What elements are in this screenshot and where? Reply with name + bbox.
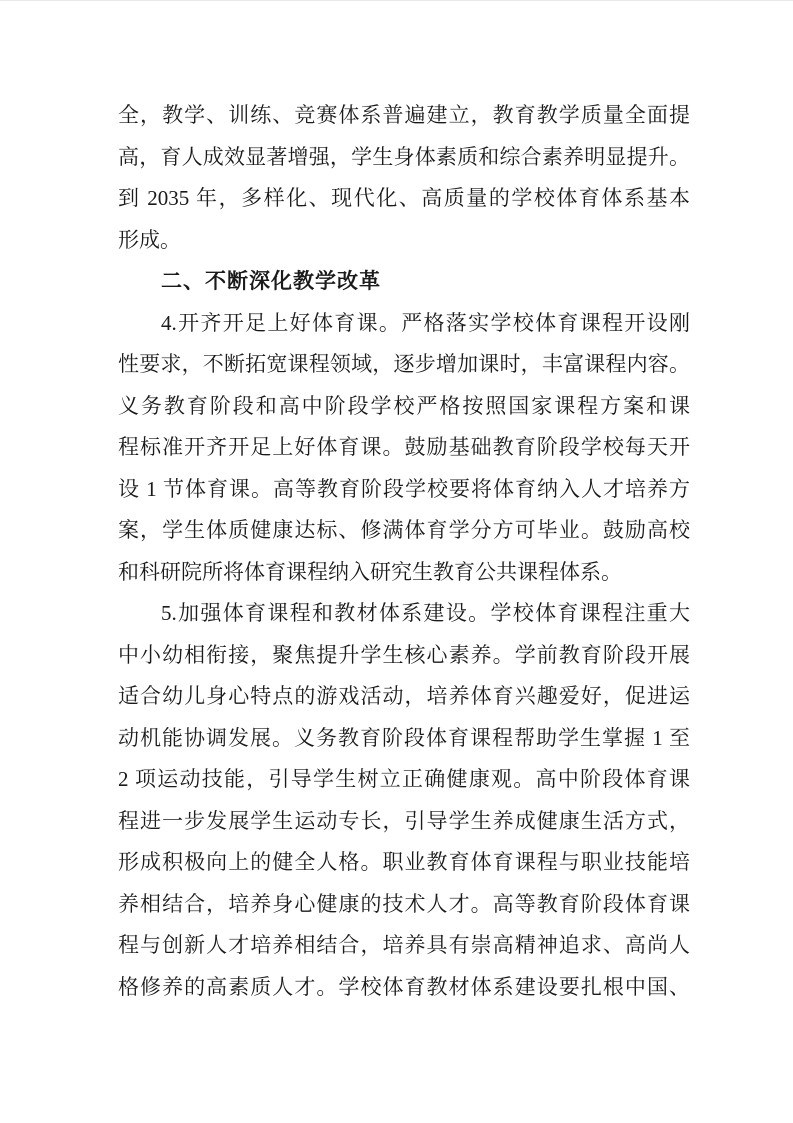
text-line: 全，教学、训练、竞赛体系普遍建立，教育教学质量全面提 <box>118 95 690 137</box>
text-line: 4.开齐开足上好体育课。严格落实学校体育课程开设刚 <box>118 303 690 345</box>
section-heading: 二、不断深化教学改革 <box>118 261 690 303</box>
text-line: 养相结合，培养身心健康的技术人才。高等教育阶段体育课 <box>118 884 690 926</box>
text-line: 形成。 <box>118 220 690 262</box>
document-body: 全，教学、训练、竞赛体系普遍建立，教育教学质量全面提高，育人成效显著增强，学生身… <box>118 95 690 1008</box>
text-line: 中小幼相衔接，聚焦提升学生核心素养。学前教育阶段开展 <box>118 635 690 677</box>
text-line: 义务教育阶段和高中阶段学校严格按照国家课程方案和课 <box>118 386 690 428</box>
text-line: 动机能协调发展。义务教育阶段体育课程帮助学生掌握 1 至 <box>118 718 690 760</box>
text-line: 形成积极向上的健全人格。职业教育体育课程与职业技能培 <box>118 842 690 884</box>
text-line: 和科研院所将体育课程纳入研究生教育公共课程体系。 <box>118 552 690 594</box>
text-line: 性要求，不断拓宽课程领域，逐步增加课时，丰富课程内容。 <box>118 344 690 386</box>
text-line: 适合幼儿身心特点的游戏活动，培养体育兴趣爱好，促进运 <box>118 676 690 718</box>
document-page: 全，教学、训练、竞赛体系普遍建立，教育教学质量全面提高，育人成效显著增强，学生身… <box>0 0 793 1123</box>
text-line: 2 项运动技能，引导学生树立正确健康观。高中阶段体育课 <box>118 759 690 801</box>
text-line: 5.加强体育课程和教材体系建设。学校体育课程注重大 <box>118 593 690 635</box>
text-line: 程进一步发展学生运动专长，引导学生养成健康生活方式， <box>118 801 690 843</box>
text-line: 高，育人成效显著增强，学生身体素质和综合素养明显提升。 <box>118 137 690 179</box>
text-line: 到 2035 年，多样化、现代化、高质量的学校体育体系基本 <box>118 178 690 220</box>
text-line: 设 1 节体育课。高等教育阶段学校要将体育纳入人才培养方 <box>118 469 690 511</box>
text-line: 案，学生体质健康达标、修满体育学分方可毕业。鼓励高校 <box>118 510 690 552</box>
text-line: 程与创新人才培养相结合，培养具有崇高精神追求、高尚人 <box>118 925 690 967</box>
text-line: 格修养的高素质人才。学校体育教材体系建设要扎根中国、 <box>118 967 690 1009</box>
text-line: 程标准开齐开足上好体育课。鼓励基础教育阶段学校每天开 <box>118 427 690 469</box>
